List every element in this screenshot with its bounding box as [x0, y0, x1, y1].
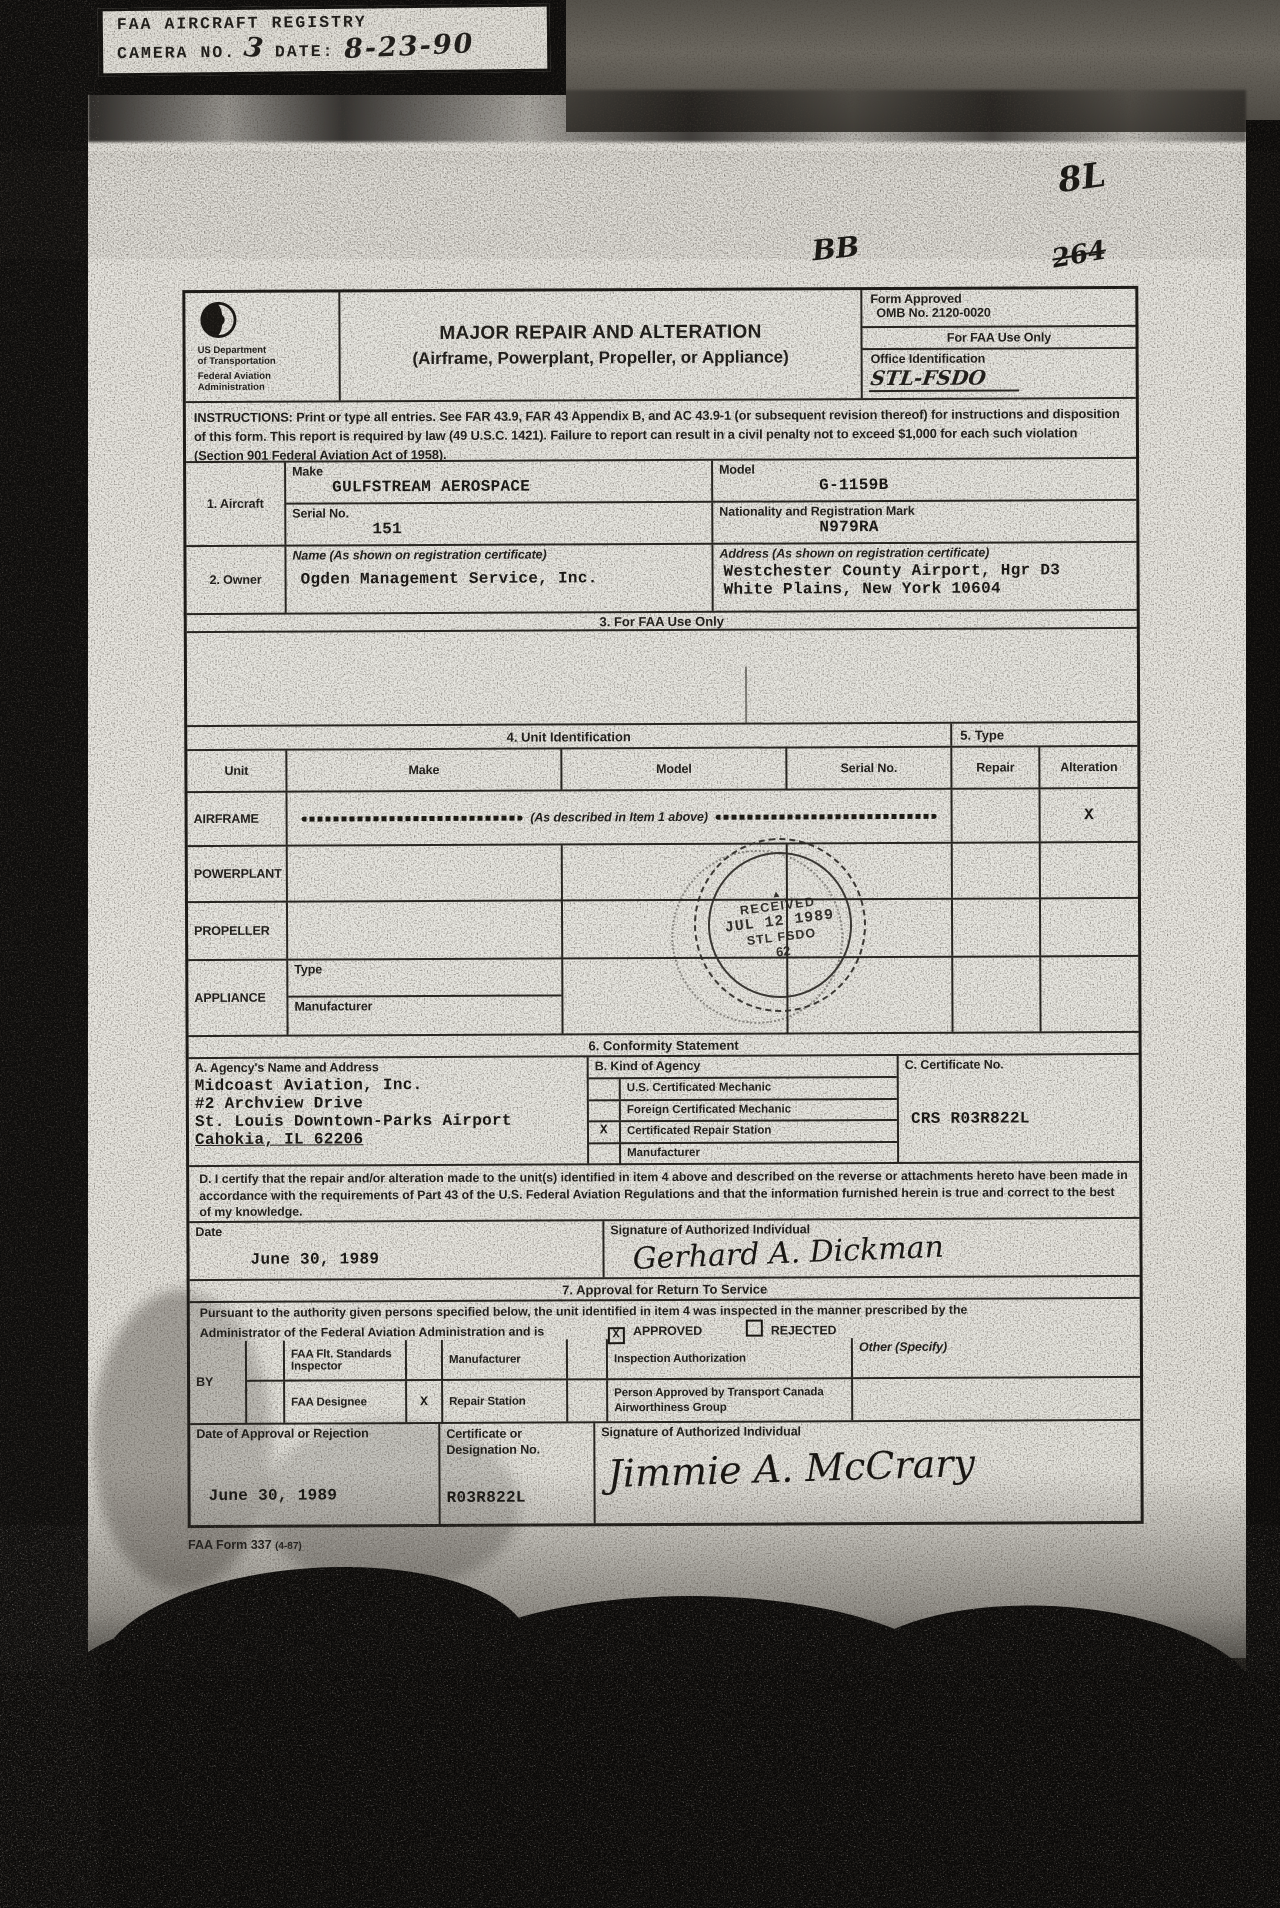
form-approved-block: Form Approved OMB No. 2120-0020 For FAA … — [862, 289, 1135, 398]
owner-address-label: Address (As shown on registration certif… — [719, 545, 1130, 561]
kind-of-agency-label: B. Kind of Agency — [589, 1056, 897, 1077]
aircraft-serial-cell: Serial No. 151 — [286, 503, 713, 545]
form-approved-label: Form Approved — [870, 291, 1127, 306]
by-cell-label: FAA Flt. Standards Inspector — [285, 1340, 407, 1380]
form-title-block: MAJOR REPAIR AND ALTERATION (Airframe, P… — [340, 290, 862, 400]
by-checkbox: X — [407, 1381, 443, 1422]
instructions-text: INSTRUCTIONS: Print or type all entries.… — [186, 399, 1136, 461]
owner-address-line2: White Plains, New York 10604 — [724, 579, 1131, 599]
serial-value: 151 — [372, 519, 705, 538]
other-specify-label: Other (Specify) — [853, 1337, 1140, 1377]
approval-date-label: Date of Approval or Rejection — [196, 1426, 432, 1441]
powerplant-alteration-cell — [1041, 843, 1138, 897]
col-repair: Repair — [952, 747, 1040, 787]
faa-use-only-label: For FAA Use Only — [862, 327, 1135, 350]
scan-border-bottom — [0, 1672, 1280, 1908]
camera-date-value: 8-23-90 — [344, 28, 476, 65]
by-cell-label: Person Approved by Transport Canada Airw… — [608, 1379, 853, 1421]
by-checkbox — [247, 1341, 285, 1380]
other-specify-value — [853, 1378, 1140, 1420]
propeller-alteration-cell — [1041, 899, 1138, 955]
scan-border-left — [0, 0, 88, 1908]
owner-address-line1: Westchester County Airport, Hgr D3 — [723, 561, 1130, 581]
agency-label: A. Agency's Name and Address — [195, 1059, 581, 1075]
col-alteration: Alteration — [1040, 747, 1137, 787]
kind-label: Foreign Certificated Mechanic — [621, 1100, 797, 1120]
make-value: GULFSTREAM AEROSPACE — [332, 477, 705, 497]
aircraft-make-cell: Make GULFSTREAM AEROSPACE — [286, 461, 713, 503]
kind-row: X Certificated Repair Station — [589, 1121, 897, 1144]
by-cell-label: Manufacturer — [443, 1339, 568, 1379]
by-cell-label: Inspection Authorization — [608, 1338, 853, 1378]
certificate-no-label: C. Certificate No. — [905, 1057, 1133, 1072]
dept-line2: of Transportation — [198, 356, 333, 368]
agency-line3: St. Louis Downtown-Parks Airport — [195, 1111, 581, 1131]
row-appliance-label: APPLIANCE — [188, 961, 288, 1035]
approved-label: APPROVED — [633, 1324, 702, 1338]
appliance-type-label: Type — [288, 959, 561, 997]
form-title: MAJOR REPAIR AND ALTERATION — [439, 322, 761, 345]
airframe-repair-cell — [952, 789, 1040, 841]
model-value: G-1159B — [819, 475, 1130, 494]
camera-no-label: CAMERA NO. — [117, 43, 236, 63]
appliance-make-cell: Type Manufacturer — [288, 959, 563, 1034]
office-identification-label: Office Identification — [871, 351, 1128, 366]
camera-date-label: DATE: — [275, 42, 335, 62]
row-airframe-label: AIRFRAME — [187, 793, 287, 845]
owner-name-label: Name (As shown on registration certifica… — [292, 547, 705, 563]
camera-no-value: 3 — [242, 32, 267, 65]
rejected-checkbox — [745, 1320, 762, 1337]
kind-label: Certificated Repair Station — [621, 1122, 778, 1142]
agency-line4: Cahokia, IL 62206 — [195, 1129, 581, 1149]
camera-registry-label: FAA AIRCRAFT REGISTRY CAMERA NO. 3 DATE:… — [98, 4, 551, 77]
section-1-label: 1. Aircraft — [186, 463, 286, 545]
kind-checkbox — [589, 1144, 621, 1166]
handwritten-mark-header: BB — [810, 230, 861, 268]
by-checkbox — [407, 1340, 443, 1379]
propeller-make-cell — [288, 901, 563, 958]
dept-line4: Administration — [198, 382, 333, 394]
section-5-header: 5. Type — [952, 723, 1137, 746]
form-number: FAA Form 337 — [188, 1538, 272, 1552]
received-stamp: ▲ RECEIVED JUL 12 1989 STL FSDO 62 — [684, 828, 876, 1022]
handwritten-mark-top-right: 8L — [1055, 155, 1108, 201]
conformity-date-cell: Date June 30, 1989 — [189, 1221, 604, 1279]
conformity-date-value: June 30, 1989 — [250, 1249, 596, 1269]
form-edition: (4-87) — [275, 1541, 302, 1552]
propeller-repair-cell — [953, 899, 1041, 955]
appliance-manufacturer-label: Manufacturer — [288, 996, 561, 1015]
kind-checkbox — [589, 1079, 621, 1099]
kind-label: U.S. Certificated Mechanic — [621, 1079, 778, 1099]
certificate-no-cell: C. Certificate No. CRS R03R822L — [899, 1055, 1139, 1162]
kind-row: Manufacturer — [589, 1143, 897, 1166]
col-unit: Unit — [187, 751, 287, 791]
form-subtitle: (Airframe, Powerplant, Propeller, or App… — [412, 347, 788, 369]
scan-border-right — [1246, 120, 1280, 1908]
airframe-span-text: (As described in Item 1 above) — [530, 810, 708, 825]
office-identification-value: STL-FSDO — [869, 365, 1023, 392]
powerplant-make-cell — [288, 845, 563, 900]
dot-branding: US Department of Transportation Federal … — [185, 292, 340, 401]
agency-name-address-cell: A. Agency's Name and Address Midcoast Av… — [189, 1057, 589, 1165]
by-checkbox — [568, 1339, 608, 1378]
omb-number: OMB No. 2120-0020 — [870, 305, 1127, 320]
approval-text-line1: Pursuant to the authority given persons … — [200, 1303, 968, 1320]
certify-statement: D. I certify that the repair and/or alte… — [189, 1163, 1139, 1221]
by-cell-label: Repair Station — [443, 1380, 568, 1422]
owner-name-cell: Name (As shown on registration certifica… — [286, 545, 713, 613]
row-powerplant-label: POWERPLANT — [188, 847, 288, 901]
powerplant-repair-cell — [953, 843, 1041, 897]
section-4-header: 4. Unit Identification — [187, 724, 952, 749]
camera-registry-line2: CAMERA NO. 3 DATE: 8-23-90 — [117, 30, 537, 65]
row-propeller-label: PROPELLER — [188, 903, 288, 959]
scan-streak — [88, 90, 1246, 142]
kind-checkbox: X — [589, 1122, 621, 1142]
certificate-no-value: CRS R03R822L — [911, 1109, 1133, 1128]
agency-line2: #2 Archview Drive — [195, 1093, 581, 1113]
airframe-alteration-mark: X — [1040, 789, 1137, 841]
conformity-signature-cell: Signature of Authorized Individual Gerha… — [604, 1219, 1139, 1277]
scan-crease — [745, 667, 747, 723]
owner-name-value: Ogden Management Service, Inc. — [301, 569, 706, 589]
kind-checkbox — [589, 1101, 621, 1121]
kind-of-agency-cell: B. Kind of Agency U.S. Certificated Mech… — [589, 1056, 899, 1163]
by-checkbox — [568, 1380, 608, 1421]
by-label: BY — [190, 1341, 245, 1423]
col-model: Model — [562, 748, 787, 789]
aircraft-model-cell: Model G-1159B — [713, 459, 1136, 501]
by-checkbox — [247, 1382, 285, 1423]
appliance-alteration-cell — [1041, 957, 1138, 1031]
appliance-repair-cell — [953, 957, 1041, 1031]
conformity-date-label: Date — [195, 1223, 596, 1239]
dot-logo-icon — [199, 301, 237, 339]
col-serial: Serial No. — [787, 748, 952, 789]
approval-text-line2: Administrator of the Federal Aviation Ad… — [200, 1325, 544, 1341]
form-footer: FAA Form 337 (4-87) — [188, 1538, 302, 1552]
stamp-number: 62 — [775, 943, 791, 960]
scanned-faa-form-337: FAA AIRCRAFT REGISTRY CAMERA NO. 3 DATE:… — [0, 0, 1280, 1908]
kind-row: Foreign Certificated Mechanic — [589, 1099, 897, 1122]
squiggle-line — [302, 815, 523, 821]
kind-row: U.S. Certificated Mechanic — [589, 1078, 897, 1101]
by-cell-label: FAA Designee — [285, 1381, 407, 1423]
kind-label: Manufacturer — [621, 1143, 706, 1165]
section-2-label: 2. Owner — [186, 547, 286, 613]
form-337: US Department of Transportation Federal … — [182, 286, 1143, 1528]
rejected-label: REJECTED — [771, 1323, 837, 1337]
squiggle-line — [716, 813, 937, 819]
approval-signature-label: Signature of Authorized Individual — [601, 1423, 1134, 1439]
owner-address-cell: Address (As shown on registration certif… — [713, 543, 1136, 611]
nationality-value: N979RA — [819, 517, 1130, 536]
aircraft-nationality-cell: Nationality and Registration Mark N979RA — [713, 501, 1136, 543]
agency-line1: Midcoast Aviation, Inc. — [195, 1075, 581, 1095]
approval-cert-label: Certificate or Designation No. — [446, 1425, 587, 1458]
faa-use-only-space — [187, 629, 1137, 727]
col-make: Make — [287, 749, 562, 790]
